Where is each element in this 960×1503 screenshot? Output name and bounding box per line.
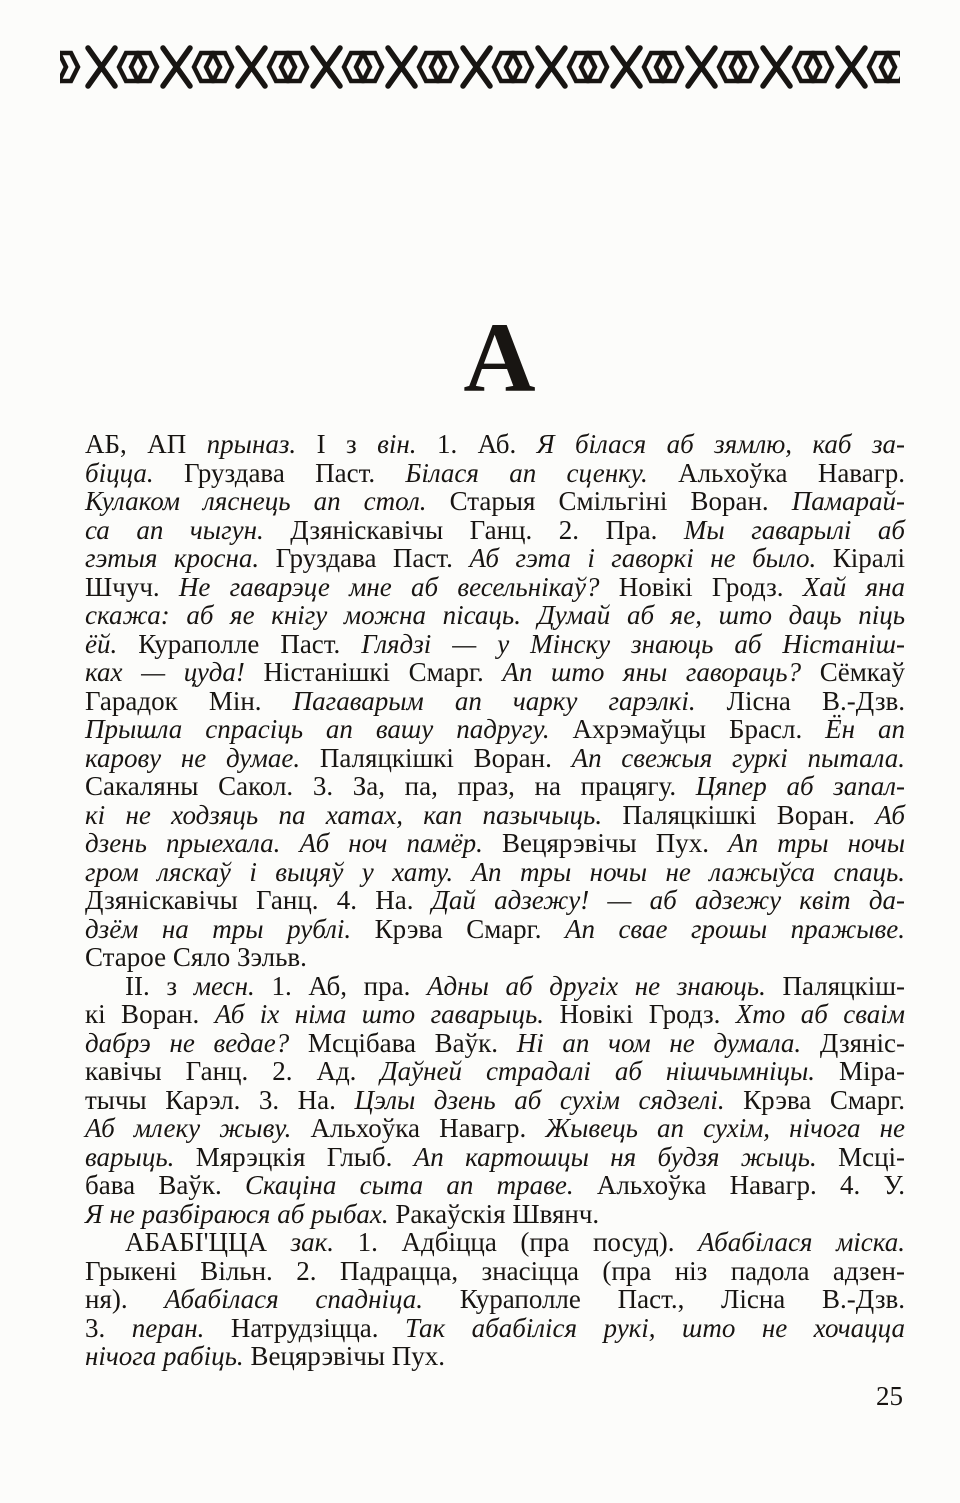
- text-line: гром ляскаў і выцяў у хату. Ап тры ночы …: [85, 858, 905, 887]
- example-text: зак.: [291, 1227, 334, 1257]
- text-line: Я не разбіраюся аб рыбах. Ракаўскія Швян…: [85, 1200, 905, 1229]
- text-line: кавічы Ганц. 2. Ад. Даўней страдалі аб н…: [85, 1057, 905, 1086]
- example-text: прыназ.: [207, 429, 296, 459]
- text-line: Гарадок Мін. Пагаварым ап чарку гарэлкі.…: [85, 687, 905, 716]
- example-text: Ап тры ночы: [728, 828, 905, 858]
- example-text: дабрэ не ведае?: [85, 1028, 289, 1058]
- text-line: тычы Карэл. 3. На. Цэлы дзень аб сухім с…: [85, 1086, 905, 1115]
- example-text: ёй.: [85, 629, 117, 659]
- text-line: дзень прыехала. Аб ноч памёр. Вецярэвічы…: [85, 829, 905, 858]
- example-text: дзень прыехала. Аб ноч памёр.: [85, 828, 483, 858]
- text-line: АБ, АП прыназ. І з він. 1. Аб. Я білася …: [85, 430, 905, 459]
- plain-text: АБАБІ'ЦЦА: [125, 1227, 291, 1257]
- text-line: дабрэ не ведае? Мсцібава Ваўк. Ні ап чом…: [85, 1029, 905, 1058]
- example-text: Ап свежыя гуркі пытала.: [572, 743, 905, 773]
- example-text: Ні ап чом не думала.: [517, 1028, 801, 1058]
- example-text: Я білася аб зямлю, каб за-: [537, 429, 905, 459]
- example-text: нічога рабіць.: [85, 1341, 244, 1371]
- dictionary-text: АБ, АП прыназ. І з він. 1. Аб. Я білася …: [85, 430, 905, 1371]
- example-text: Ап што яны гавораць?: [502, 657, 801, 687]
- example-text: Адны аб другіх не знаюць.: [427, 971, 766, 1001]
- text-line: дзём на тры рублі. Крэва Смарг. Ап свае …: [85, 915, 905, 944]
- example-text: Пагаварым ап чарку гарэлкі.: [293, 686, 696, 716]
- example-text: Ап свае грошы пражыве.: [565, 914, 905, 944]
- example-text: Хто аб сваім: [736, 999, 905, 1029]
- example-text: Прышла спрасіць ап вашу падругу.: [85, 714, 550, 744]
- example-text: дзём на тры рублі.: [85, 914, 351, 944]
- text-line: Аб млеку жыву. Альхоўка Навагр. Жывець а…: [85, 1114, 905, 1143]
- example-text: Ап картошцы ня будзя жыць.: [414, 1142, 817, 1172]
- plain-text: ІІ. з: [125, 971, 194, 1001]
- example-text: Так абабіліся рукі, што не хочацца: [405, 1313, 905, 1343]
- plain-text: Новікі Гродз.: [544, 999, 736, 1029]
- plain-text: Крэва Смарг.: [351, 914, 565, 944]
- plain-text: 1. Аб, пра.: [255, 971, 427, 1001]
- example-text: Мы гаварылі аб: [684, 515, 905, 545]
- text-line: Прышла спрасіць ап вашу падругу. Ахрэмаў…: [85, 715, 905, 744]
- plain-text: Старое Сяло Зэльв.: [85, 942, 307, 972]
- plain-text: Кураполле Паст., Лісна В.-Дзв.: [423, 1284, 905, 1314]
- plain-text: АБ, АП: [85, 429, 207, 459]
- example-text: гэтыя кросна.: [85, 543, 259, 573]
- plain-text: кавічы Ганц. 2. Ад.: [85, 1056, 380, 1086]
- plain-text: Натрудзіцца.: [204, 1313, 405, 1343]
- plain-text: Мярэцкія Глыб.: [174, 1142, 413, 1172]
- text-line: са ап чыгун. Дзяніскавічы Ганц. 2. Пра. …: [85, 516, 905, 545]
- plain-text: Кіралі: [816, 543, 905, 573]
- plain-text: Паляцкіш-: [766, 971, 905, 1001]
- plain-text: Старыя Смільгіні Воран.: [427, 486, 792, 516]
- plain-text: Альхоўка Навагр. 4. У.: [574, 1170, 905, 1200]
- plain-text: 3.: [85, 1313, 132, 1343]
- example-text: Скаціна сыта ап траве.: [245, 1170, 574, 1200]
- example-text: Дай адзежу! — аб адзежу квіт да-: [432, 885, 905, 915]
- example-text: перан.: [132, 1313, 205, 1343]
- plain-text: Паляцкішкі Воран.: [300, 743, 571, 773]
- text-line: гэтыя кросна. Груздава Паст. Аб гэта і г…: [85, 544, 905, 573]
- example-text: Кулаком ляснець ап стол.: [85, 486, 427, 516]
- example-text: карову не думае.: [85, 743, 300, 773]
- plain-text: Паляцкішкі Воран.: [602, 800, 875, 830]
- plain-text: Кураполле Паст.: [117, 629, 361, 659]
- text-line: Кулаком ляснець ап стол. Старыя Смільгін…: [85, 487, 905, 516]
- plain-text: Крэва Смарг.: [725, 1085, 905, 1115]
- example-text: варыць.: [85, 1142, 174, 1172]
- plain-text: тычы Карэл. 3. На.: [85, 1085, 354, 1115]
- text-line: ках — цуда! Ністанішкі Смарг. Ап што яны…: [85, 658, 905, 687]
- example-text: Абабілася спадніца.: [164, 1284, 423, 1314]
- plain-text: Вецярэвічы Пух.: [483, 828, 728, 858]
- plain-text: Ахрэмаўцы Брасл.: [550, 714, 826, 744]
- dictionary-page: А АБ, АП прыназ. І з він. 1. Аб. Я білас…: [0, 0, 960, 1503]
- plain-text: Лісна В.-Дзв.: [696, 686, 905, 716]
- plain-text: Дзяніс-: [801, 1028, 905, 1058]
- text-line: ёй. Кураполле Паст. Глядзі — у Мінску зн…: [85, 630, 905, 659]
- text-line: біцца. Груздава Паст. Білася ап сценку. …: [85, 459, 905, 488]
- section-letter: А: [85, 308, 915, 408]
- example-text: са ап чыгун.: [85, 515, 264, 545]
- text-line: карову не думае. Паляцкішкі Воран. Ап св…: [85, 744, 905, 773]
- text-line: кі Воран. Аб іх німа што гаварыць. Новік…: [85, 1000, 905, 1029]
- plain-text: кі Воран.: [85, 999, 215, 1029]
- plain-text: Гарадок Мін.: [85, 686, 293, 716]
- plain-text: Сёмкаў: [801, 657, 905, 687]
- example-text: Глядзі — у Мінску знаюць аб Ністаніш-: [361, 629, 905, 659]
- plain-text: Шчуч.: [85, 572, 179, 602]
- plain-text: Альхоўка Навагр.: [291, 1113, 545, 1143]
- plain-text: ня).: [85, 1284, 164, 1314]
- text-line: 3. перан. Натрудзіцца. Так абабіліся рук…: [85, 1314, 905, 1343]
- example-text: скажа: аб яе кнігу можна пісаць. Думай а…: [85, 600, 905, 630]
- plain-text: Альхоўка Навагр.: [648, 458, 905, 488]
- plain-text: 1. Адбіцца (пра посуд).: [334, 1227, 698, 1257]
- example-text: він.: [377, 429, 416, 459]
- text-line: Старое Сяло Зэльв.: [85, 943, 905, 972]
- page-number: 25: [85, 1381, 903, 1412]
- example-text: Хай яна: [803, 572, 905, 602]
- plain-text: бава Ваўк.: [85, 1170, 245, 1200]
- example-text: Памарай-: [792, 486, 905, 516]
- example-text: Жывець ап сухім, нічога не: [545, 1113, 905, 1143]
- example-text: Цэлы дзень аб сухім сядзелі.: [354, 1085, 724, 1115]
- example-text: гром ляскаў і выцяў у хату. Ап тры ночы …: [85, 857, 905, 887]
- example-text: Аб млеку жыву.: [85, 1113, 291, 1143]
- example-text: Аб: [875, 800, 905, 830]
- text-line: варыць. Мярэцкія Глыб. Ап картошцы ня бу…: [85, 1143, 905, 1172]
- text-line: ІІ. з месн. 1. Аб, пра. Адны аб другіх н…: [85, 972, 905, 1001]
- plain-text: Дзяніскавічы Ганц. 2. Пра.: [264, 515, 684, 545]
- example-text: кі не ходзяць па хатах, кап пазычыць.: [85, 800, 602, 830]
- example-text: біцца.: [85, 458, 154, 488]
- plain-text: Дзяніскавічы Ганц. 4. На.: [85, 885, 432, 915]
- example-text: Абабілася міска.: [698, 1227, 905, 1257]
- plain-text: Ністанішкі Смарг.: [245, 657, 503, 687]
- text-line: Шчуч. Не гаварэце мне аб весельнікаў? Но…: [85, 573, 905, 602]
- text-line: скажа: аб яе кнігу можна пісаць. Думай а…: [85, 601, 905, 630]
- plain-text: Сакаляны Сакол. 3. За, па, праз, на прац…: [85, 771, 696, 801]
- plain-text: 1. Аб.: [417, 429, 537, 459]
- plain-text: Груздава Паст.: [154, 458, 406, 488]
- example-text: ках — цуда!: [85, 657, 245, 687]
- example-text: Я не разбіраюся аб рыбах.: [85, 1199, 389, 1229]
- plain-text: Мсці-: [817, 1142, 905, 1172]
- hexagon-chain-ornament-icon: [60, 44, 900, 90]
- plain-text: Вецярэвічы Пух.: [244, 1341, 445, 1371]
- example-text: Аб гэта і гаворкі не было.: [469, 543, 816, 573]
- example-text: Даўней страдалі аб нішчымніцы.: [380, 1056, 815, 1086]
- text-line: ня). Абабілася спадніца. Кураполле Паст.…: [85, 1285, 905, 1314]
- example-text: Аб іх німа што гаварыць.: [215, 999, 544, 1029]
- text-line: бава Ваўк. Скаціна сыта ап траве. Альхоў…: [85, 1171, 905, 1200]
- plain-text: Міра-: [815, 1056, 905, 1086]
- text-line: Грыкені Вільн. 2. Падрацца, знасіцца (пр…: [85, 1257, 905, 1286]
- plain-text: Мсцібава Ваўк.: [289, 1028, 517, 1058]
- plain-text: Грыкені Вільн. 2. Падрацца, знасіцца (пр…: [85, 1256, 905, 1286]
- example-text: месн.: [194, 971, 255, 1001]
- text-line: Сакаляны Сакол. 3. За, па, праз, на прац…: [85, 772, 905, 801]
- text-line: АБАБІ'ЦЦА зак. 1. Адбіцца (пра посуд). А…: [85, 1228, 905, 1257]
- text-line: нічога рабіць. Вецярэвічы Пух.: [85, 1342, 905, 1371]
- example-text: Білася ап сценку.: [405, 458, 647, 488]
- example-text: Цяпер аб запал-: [696, 771, 905, 801]
- example-text: Не гаварэце мне аб весельнікаў?: [179, 572, 600, 602]
- plain-text: І з: [296, 429, 377, 459]
- text-line: кі не ходзяць па хатах, кап пазычыць. Па…: [85, 801, 905, 830]
- example-text: Ён ап: [825, 714, 905, 744]
- text-line: Дзяніскавічы Ганц. 4. На. Дай адзежу! — …: [85, 886, 905, 915]
- plain-text: Ракаўскія Швянч.: [389, 1199, 600, 1229]
- plain-text: Новікі Гродз.: [600, 572, 803, 602]
- plain-text: Груздава Паст.: [259, 543, 469, 573]
